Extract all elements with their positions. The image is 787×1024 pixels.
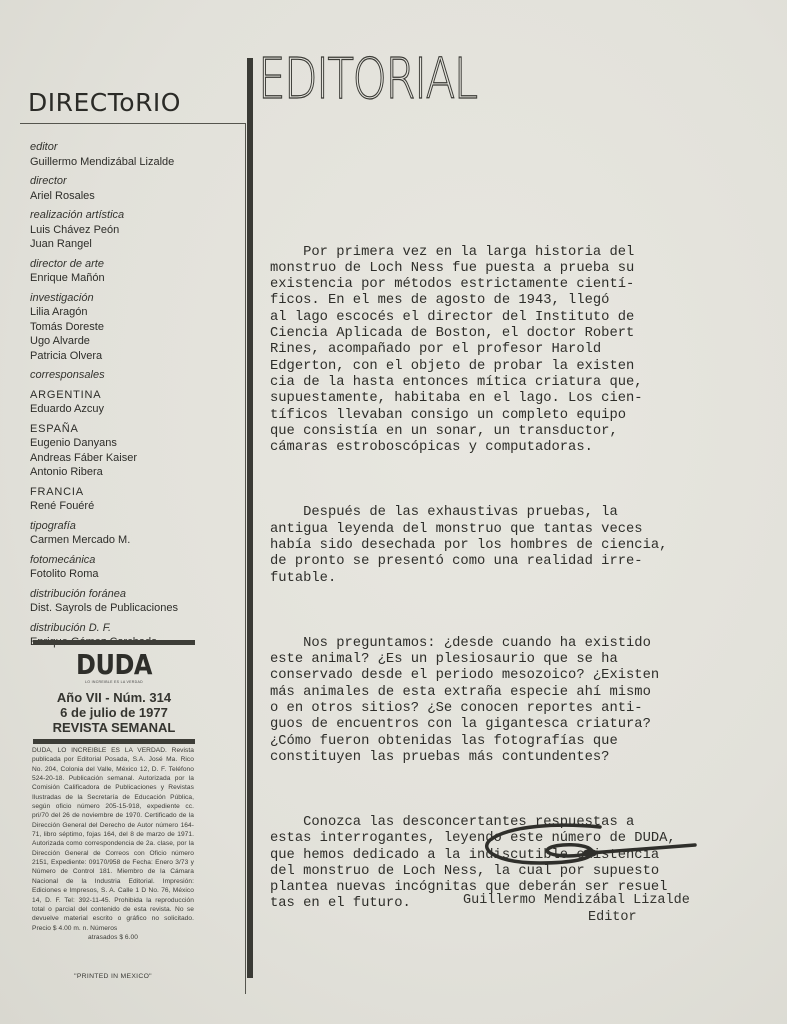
directory-group: ARGENTINAEduardo Azcuy (30, 388, 235, 417)
editorial-paragraph: Después de las exhaustivas pruebas, la a… (270, 505, 770, 586)
legal-notice: DUDA, LO INCREIBLE ES LA VERDAD. Revista… (32, 746, 194, 942)
directory-role: distribución foránea (30, 587, 235, 602)
directory-group: fotomecánicaFotolito Roma (30, 553, 235, 582)
editorial-paragraph: Nos preguntamos: ¿desde cuando ha existi… (270, 636, 770, 766)
directory-group: tipografíaCarmen Mercado M. (30, 519, 235, 548)
directory-role: director (30, 174, 235, 189)
masthead-rule-top (33, 640, 195, 645)
directory-group: directorAriel Rosales (30, 174, 235, 203)
duda-logo: DUDA (33, 652, 195, 677)
directory-group: realización artísticaLuis Chávez PeónJua… (30, 208, 235, 252)
directory-group: investigaciónLilia AragónTomás DoresteUg… (30, 291, 235, 364)
directory-role: director de arte (30, 257, 235, 272)
directory-name: Eugenio Danyans (30, 436, 235, 451)
directory-role: distribución D. F. (30, 621, 235, 636)
directory-group: distribución foráneaDist. Sayrols de Pub… (30, 587, 235, 616)
directory-name: René Fouéré (30, 499, 235, 514)
signature-icon (480, 815, 710, 875)
directory-name: Ariel Rosales (30, 189, 235, 204)
directory-role: fotomecánica (30, 553, 235, 568)
directory-group: editorGuillermo Mendizábal Lizalde (30, 140, 235, 169)
directory-group: director de arteEnrique Mañón (30, 257, 235, 286)
directory-name: Lilia Aragón (30, 305, 235, 320)
directory-title: DIRECToRIO (28, 88, 181, 117)
directory-name: Tomás Doreste (30, 320, 235, 335)
directory-role: editor (30, 140, 235, 155)
issue-number: Año VII - Núm. 314 (33, 690, 195, 705)
back-issues-price: atrasados $ 6.00 (32, 933, 194, 942)
directory-role: investigación (30, 291, 235, 306)
legal-text: DUDA, LO INCREIBLE ES LA VERDAD. Revista… (32, 747, 194, 932)
directory-name: Enrique Mañón (30, 271, 235, 286)
directory-group: ESPAÑAEugenio DanyansAndreas Fáber Kaise… (30, 422, 235, 480)
directory-country: ARGENTINA (30, 388, 235, 403)
editorial-title: EDITORIAL (258, 48, 477, 112)
directory-name: Juan Rangel (30, 237, 235, 252)
directory-list: editorGuillermo Mendizábal Lizaldedirect… (30, 140, 235, 655)
signature-name: Guillermo Mendizábal Lizalde (463, 893, 690, 908)
issue-date: 6 de julio de 1977 (33, 705, 195, 720)
directory-role: corresponsales (30, 368, 235, 383)
directory-role: tipografía (30, 519, 235, 534)
masthead: DUDA LO INCREIBLE ES LA VERDAD Año VII -… (33, 640, 195, 744)
directory-group: corresponsales (30, 368, 235, 383)
signature-role: Editor (588, 910, 637, 925)
column-divider (247, 58, 253, 978)
directory-role: realización artística (30, 208, 235, 223)
directory-name: Ugo Alvarde (30, 334, 235, 349)
directory-name: Patricia Olvera (30, 349, 235, 364)
directory-name: Antonio Ribera (30, 465, 235, 480)
directory-name: Luis Chávez Peón (30, 223, 235, 238)
masthead-rule-bottom (33, 739, 195, 744)
magazine-page: DIRECToRIO editorGuillermo Mendizábal Li… (0, 0, 787, 1024)
printed-in-mexico: "PRINTED IN MEXICO" (32, 973, 194, 980)
directory-country: FRANCIA (30, 485, 235, 500)
directory-country: ESPAÑA (30, 422, 235, 437)
directory-name: Fotolito Roma (30, 567, 235, 582)
directory-name: Dist. Sayrols de Publicaciones (30, 601, 235, 616)
editorial-paragraph: Por primera vez en la larga historia del… (270, 245, 770, 457)
directory-name: Guillermo Mendizábal Lizalde (30, 155, 235, 170)
directory-name: Carmen Mercado M. (30, 533, 235, 548)
directory-group: FRANCIARené Fouéré (30, 485, 235, 514)
directory-name: Eduardo Azcuy (30, 402, 235, 417)
directory-name: Andreas Fáber Kaiser (30, 451, 235, 466)
publication-type: REVISTA SEMANAL (33, 720, 195, 735)
